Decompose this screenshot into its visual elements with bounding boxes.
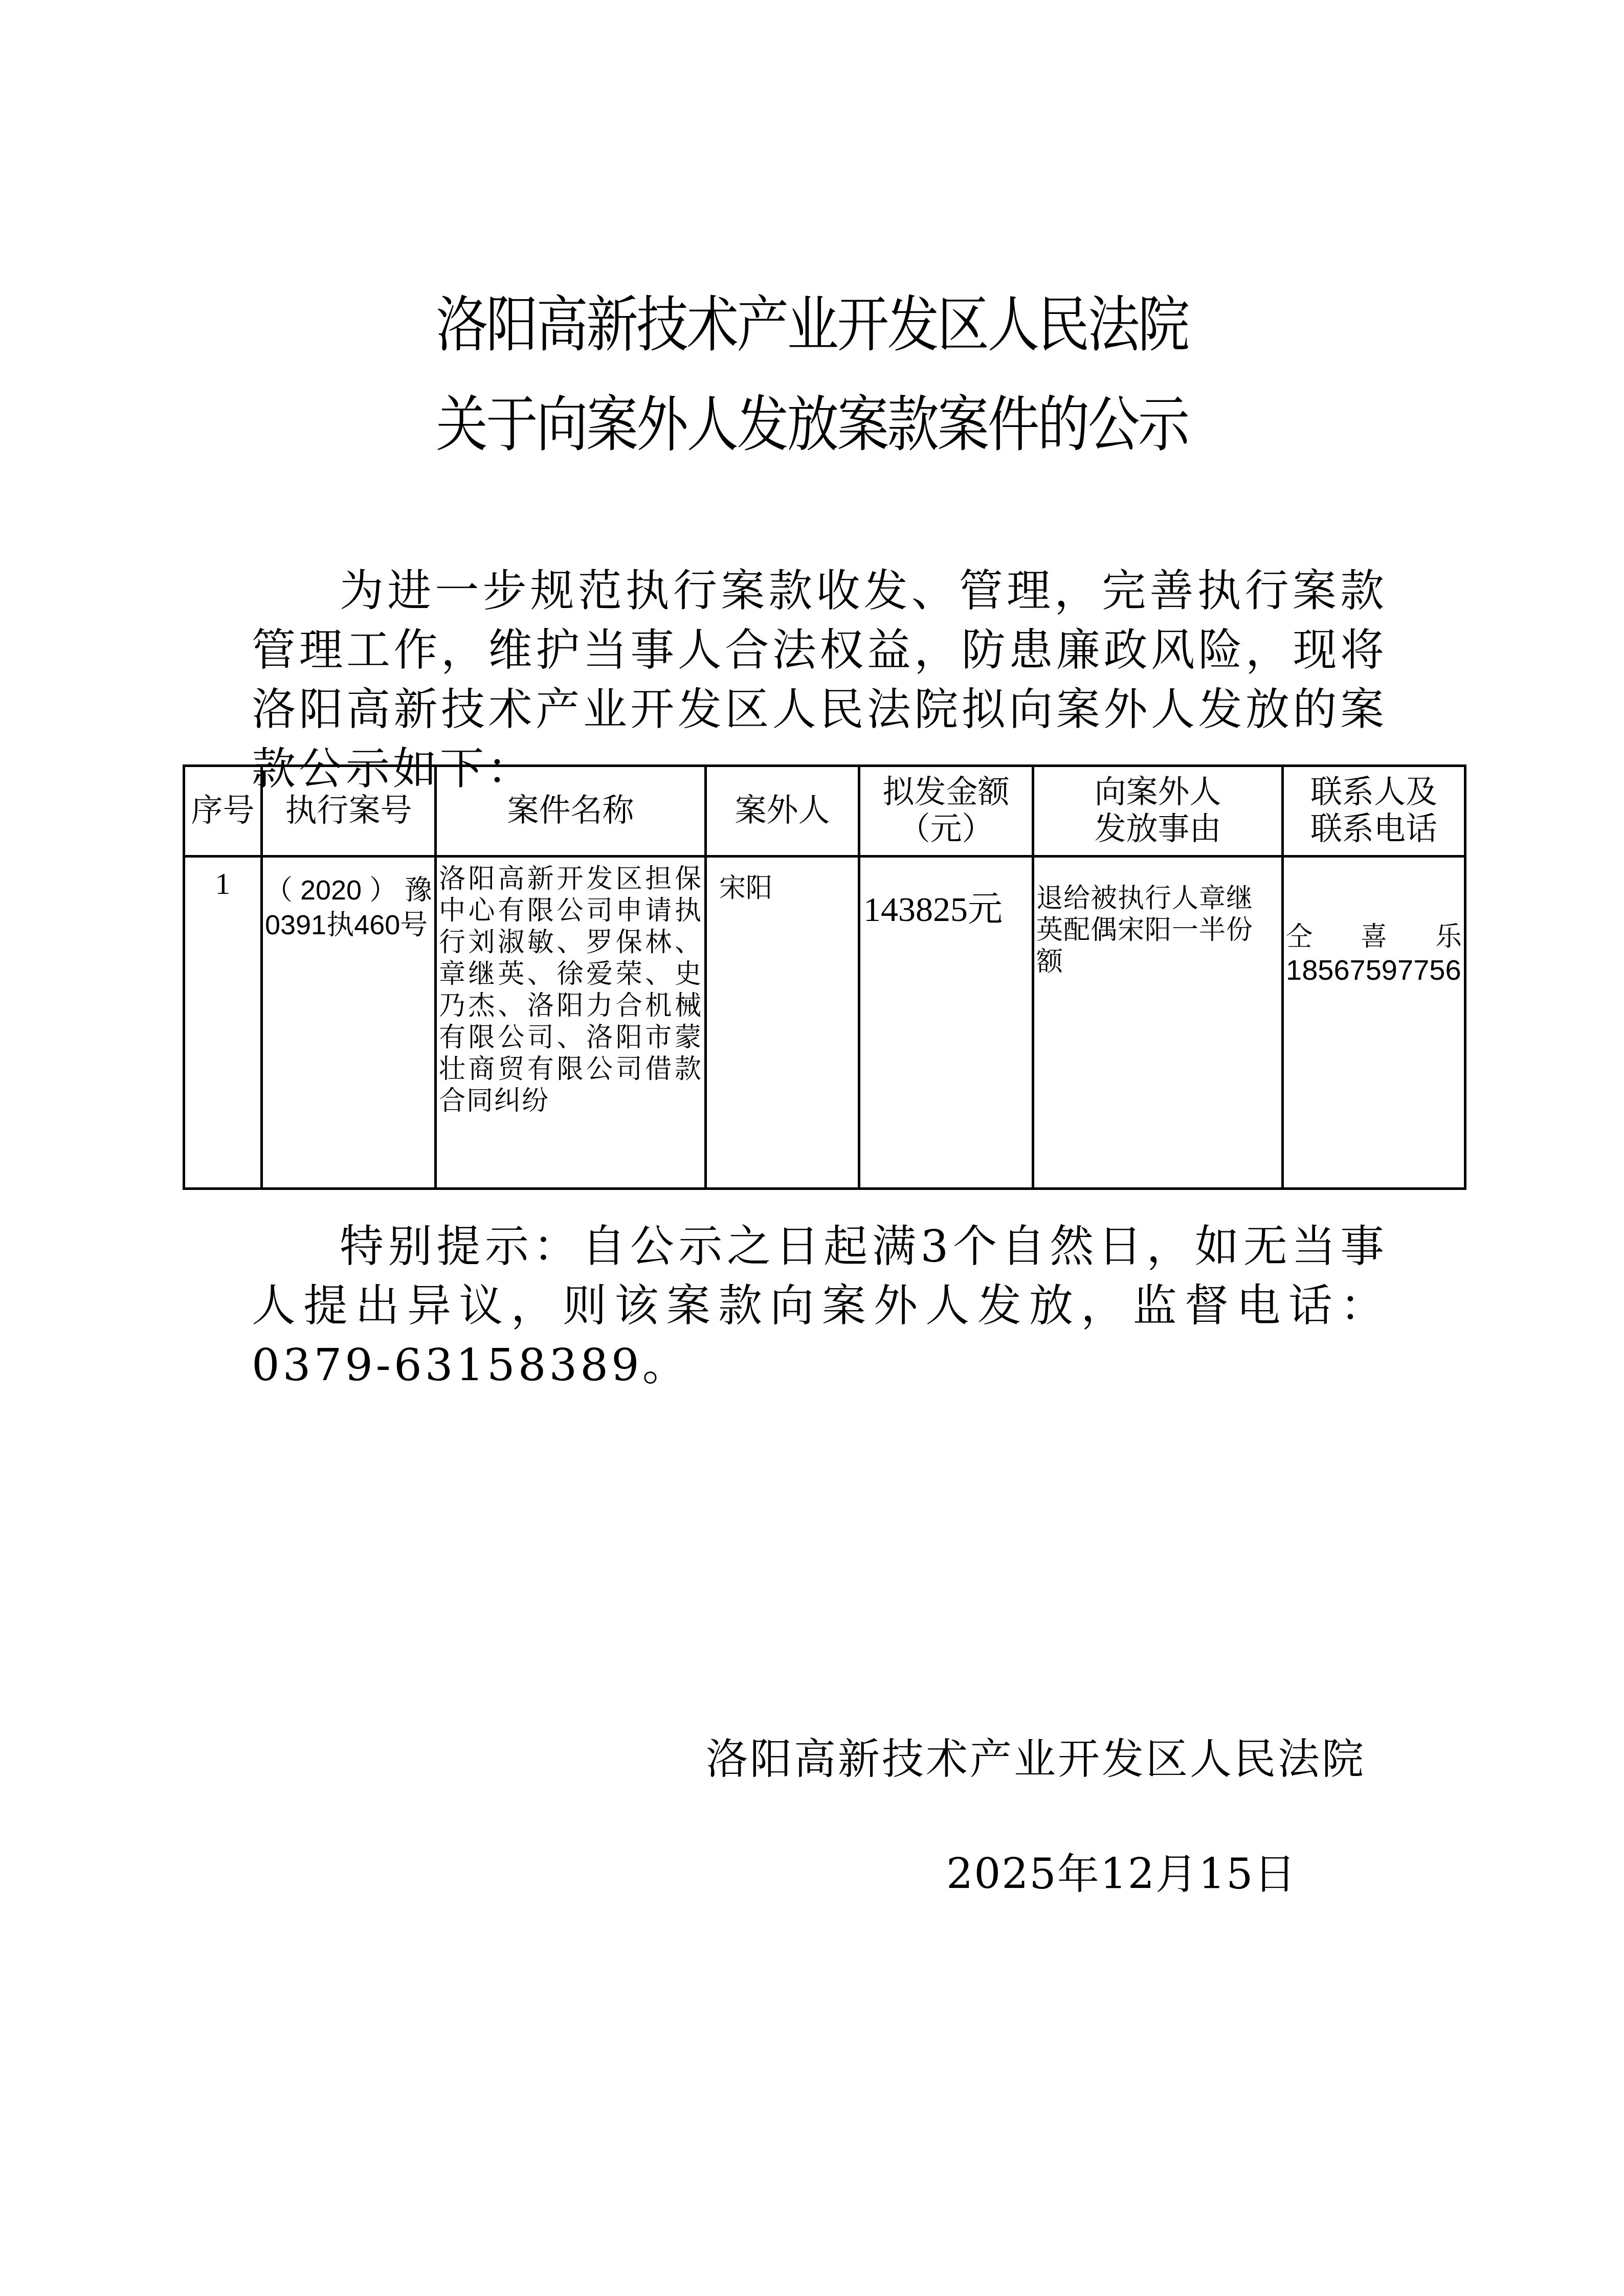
cell-third-party: 宋阳 — [706, 857, 859, 1189]
header-third-party: 案外人 — [706, 766, 859, 857]
cell-contact: 仝 喜 乐 18567597756 — [1283, 857, 1465, 1189]
header-contact-line1: 联系人及 — [1286, 774, 1462, 811]
special-note: 特别提示：自公示之日起满3个自然日，如无当事人提出异议，则该案款向案外人发放，监… — [252, 1217, 1387, 1395]
disbursement-table: 序号 执行案号 案件名称 案外人 拟发金额 （元） 向案外人 发放事由 联系人及… — [183, 764, 1466, 1190]
case-no-number: 0391执460号 — [265, 908, 432, 942]
header-reason-line2: 发放事由 — [1036, 811, 1279, 848]
header-case-name: 案件名称 — [436, 766, 706, 857]
intro-paragraph: 为进一步规范执行案款收发、管理，完善执行案款管理工作，维护当事人合法权益，防患廉… — [252, 561, 1387, 799]
contact-name-char: 乐 — [1435, 921, 1462, 953]
document-title-line1: 洛阳高新技术产业开发区人民法院 — [114, 276, 1510, 363]
header-no: 序号 — [184, 766, 262, 857]
table-row: 1 （ 2020 ） 豫 0391执460号 洛阳高新开发区担保中心有限公司申请… — [184, 857, 1465, 1189]
contact-name: 仝 喜 乐 — [1286, 921, 1462, 953]
signature-court: 洛阳高新技术产业开发区人民法院 — [706, 1726, 1366, 1786]
header-contact: 联系人及 联系电话 — [1283, 766, 1465, 857]
header-case-no: 执行案号 — [262, 766, 436, 857]
contact-name-char: 仝 — [1286, 921, 1312, 953]
case-no-year: （ 2020 ） — [265, 873, 397, 908]
cell-case-no: （ 2020 ） 豫 0391执460号 — [262, 857, 436, 1189]
cell-reason: 退给被执行人章继英配偶宋阳一半份额 — [1033, 857, 1283, 1189]
header-amount-line2: （元） — [862, 811, 1030, 848]
cell-no: 1 — [184, 857, 262, 1189]
table-header-row: 序号 执行案号 案件名称 案外人 拟发金额 （元） 向案外人 发放事由 联系人及… — [184, 766, 1465, 857]
header-amount-line1: 拟发金额 — [862, 774, 1030, 811]
header-contact-line2: 联系电话 — [1286, 811, 1462, 848]
header-reason-line1: 向案外人 — [1036, 774, 1279, 811]
case-no-province: 豫 — [405, 873, 432, 908]
header-reason: 向案外人 发放事由 — [1033, 766, 1283, 857]
header-amount: 拟发金额 （元） — [859, 766, 1033, 857]
cell-amount: 143825元 — [859, 857, 1033, 1189]
contact-name-char: 喜 — [1361, 921, 1387, 953]
document-title-line2: 关于向案外人发放案款案件的公示 — [114, 376, 1510, 463]
signature-date: 2025年12月15日 — [946, 1841, 1297, 1901]
contact-phone: 18567597756 — [1286, 954, 1462, 986]
cell-case-name: 洛阳高新开发区担保中心有限公司申请执行刘淑敏、罗保林、章继英、徐爱荣、史乃杰、洛… — [436, 857, 706, 1189]
